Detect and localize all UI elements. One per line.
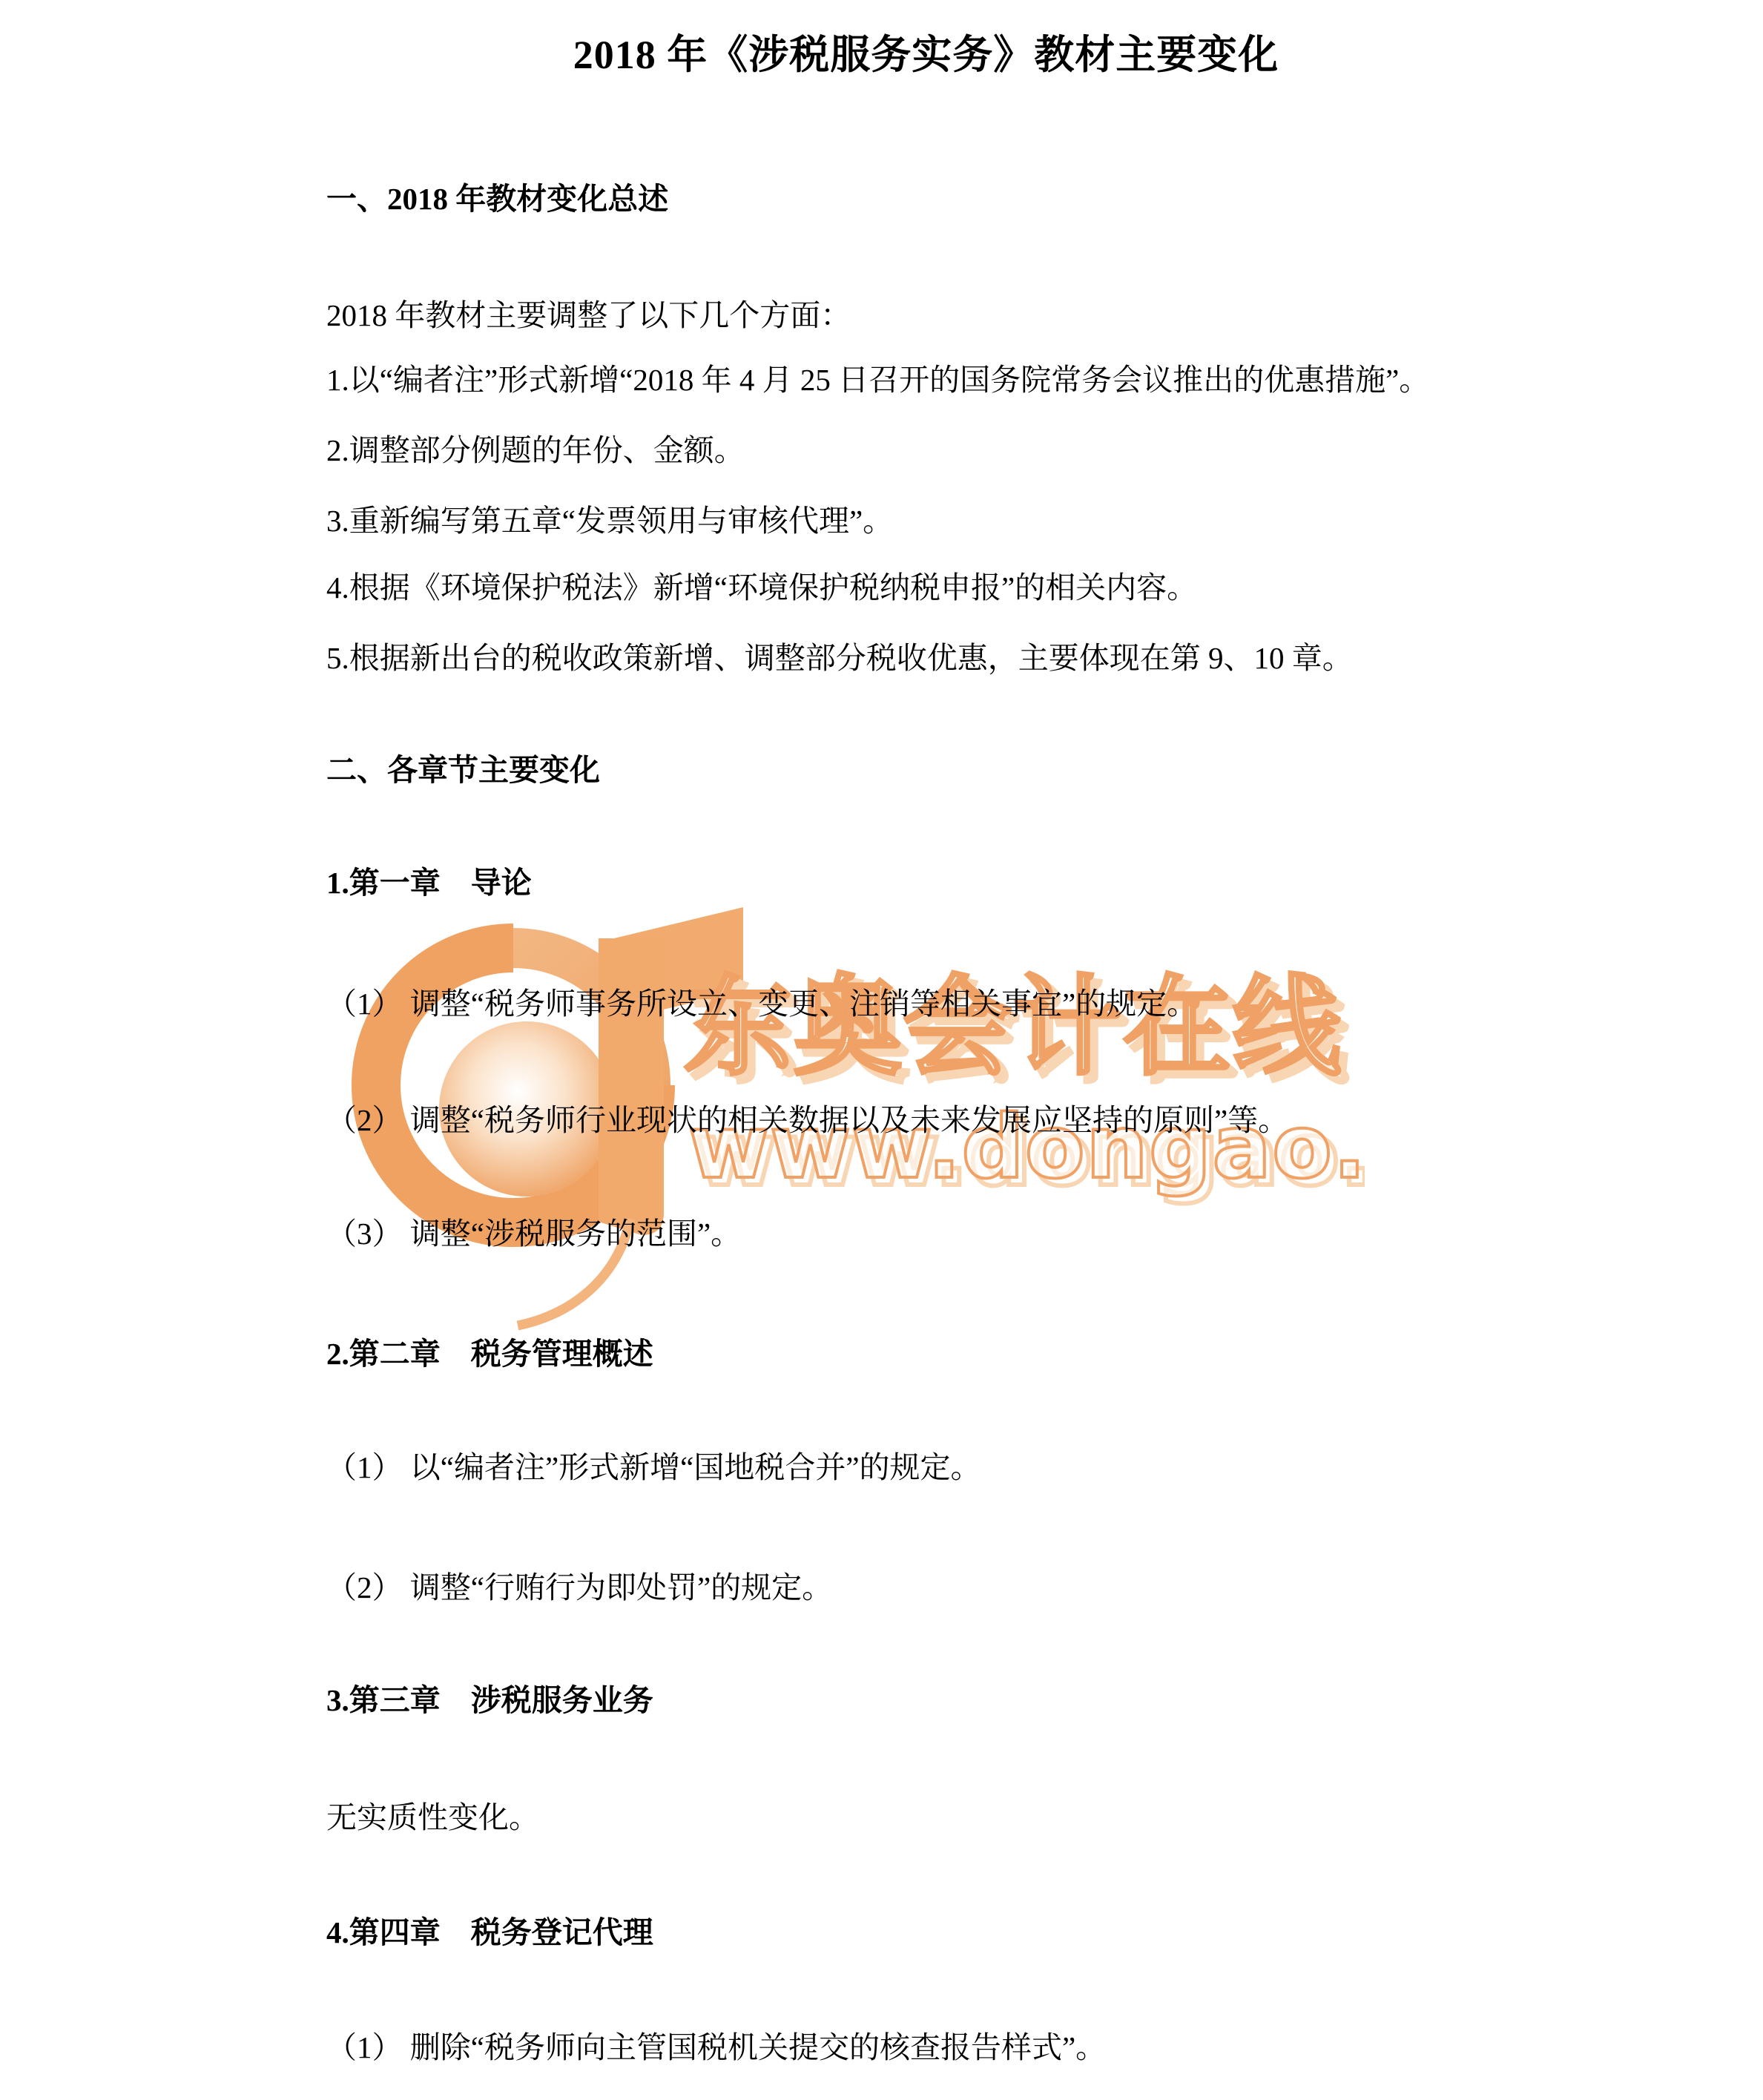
chapter-3-heading: 3.第三章 涉税服务业务 (326, 1682, 1674, 1718)
chapter-2-item-1: （1） 以“编者注”形式新增“国地税合并”的规定。 (326, 1449, 1674, 1485)
overview-item-5: 5.根据新出台的税收政策新增、调整部分税收优惠，主要体现在第 9、10 章。 (326, 640, 1674, 676)
section-2-heading: 二、各章节主要变化 (326, 752, 1674, 788)
document-page: 东奥会计在线 东奥会计在线 www.dongao.com www.dongao.… (0, 0, 1763, 2100)
chapter-2-item-2: （2） 调整“行贿行为即处罚”的规定。 (326, 1570, 1674, 1605)
overview-item-2: 2.调整部分例题的年份、金额。 (326, 432, 1674, 468)
chapter-1-item-1: （1） 调整“税务师事务所设立、变更、注销等相关事宜”的规定。 (326, 986, 1674, 1021)
chapter-4-item-1: （1） 删除“税务师向主管国税机关提交的核查报告样式”。 (326, 2030, 1674, 2065)
overview-item-4: 4.根据《环境保护税法》新增“环境保护税纳税申报”的相关内容。 (326, 570, 1674, 605)
overview-item-3: 3.重新编写第五章“发票领用与审核代理”。 (326, 503, 1674, 539)
chapter-1-item-3: （3） 调整“涉税服务的范围”。 (326, 1216, 1674, 1251)
section-1-heading: 一、2018 年教材变化总述 (326, 181, 1674, 217)
chapter-3-note: 无实质性变化。 (326, 1800, 1674, 1835)
document-content: 2018 年《涉税服务实务》教材主要变化 一、2018 年教材变化总述 2018… (0, 0, 1763, 2065)
section-1-intro: 2018 年教材主要调整了以下几个方面： (326, 297, 1674, 333)
chapter-4-heading: 4.第四章 税务登记代理 (326, 1915, 1674, 1950)
overview-item-1: 1.以“编者注”形式新增“2018 年 4 月 25 日召开的国务院常务会议推出… (326, 362, 1674, 398)
page-title: 2018 年《涉税服务实务》教材主要变化 (89, 33, 1763, 77)
chapter-1-heading: 1.第一章 导论 (326, 865, 1674, 901)
chapter-2-heading: 2.第二章 税务管理概述 (326, 1336, 1674, 1372)
chapter-1-item-2: （2） 调整“税务师行业现状的相关数据以及未来发展应坚持的原则”等。 (326, 1102, 1674, 1138)
